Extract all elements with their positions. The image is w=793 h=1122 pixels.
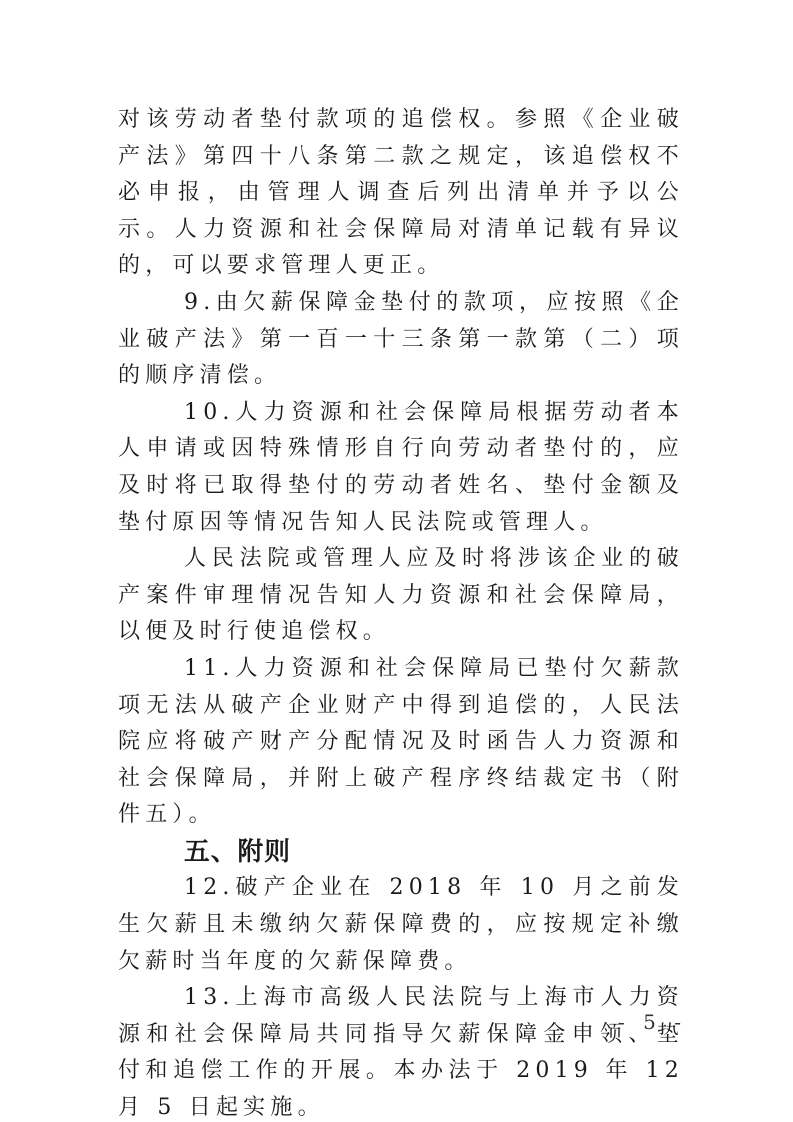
section-heading-supplementary: 五、附则 <box>118 834 684 871</box>
document-body: 对该劳动者垫付款项的追偿权。参照《企业破产法》第四十八条第二款之规定，该追偿权不… <box>118 102 684 1122</box>
paragraph-item-10: 10.人力资源和社会保障局根据劳动者本人申请或因特殊情形自行向劳动者垫付的，应及… <box>118 395 684 541</box>
paragraph-recourse-right: 对该劳动者垫付款项的追偿权。参照《企业破产法》第四十八条第二款之规定，该追偿权不… <box>118 102 684 285</box>
paragraph-court-notice: 人民法院或管理人应及时将涉该企业的破产案件审理情况告知人力资源和社会保障局，以便… <box>118 541 684 651</box>
paragraph-item-12: 12.破产企业在 2018 年 10 月之前发生欠薪且未缴纳欠薪保障费的，应按规… <box>118 870 684 980</box>
paragraph-item-13: 13.上海市高级人民法院与上海市人力资源和社会保障局共同指导欠薪保障金申领、垫付… <box>118 980 684 1122</box>
paragraph-item-9: 9.由欠薪保障金垫付的款项，应按照《企业破产法》第一百一十三条第一款第（二）项的… <box>118 285 684 395</box>
paragraph-item-11: 11.人力资源和社会保障局已垫付欠薪款项无法从破产企业财产中得到追偿的，人民法院… <box>118 651 684 834</box>
page-number: - 5 - <box>618 1010 687 1034</box>
